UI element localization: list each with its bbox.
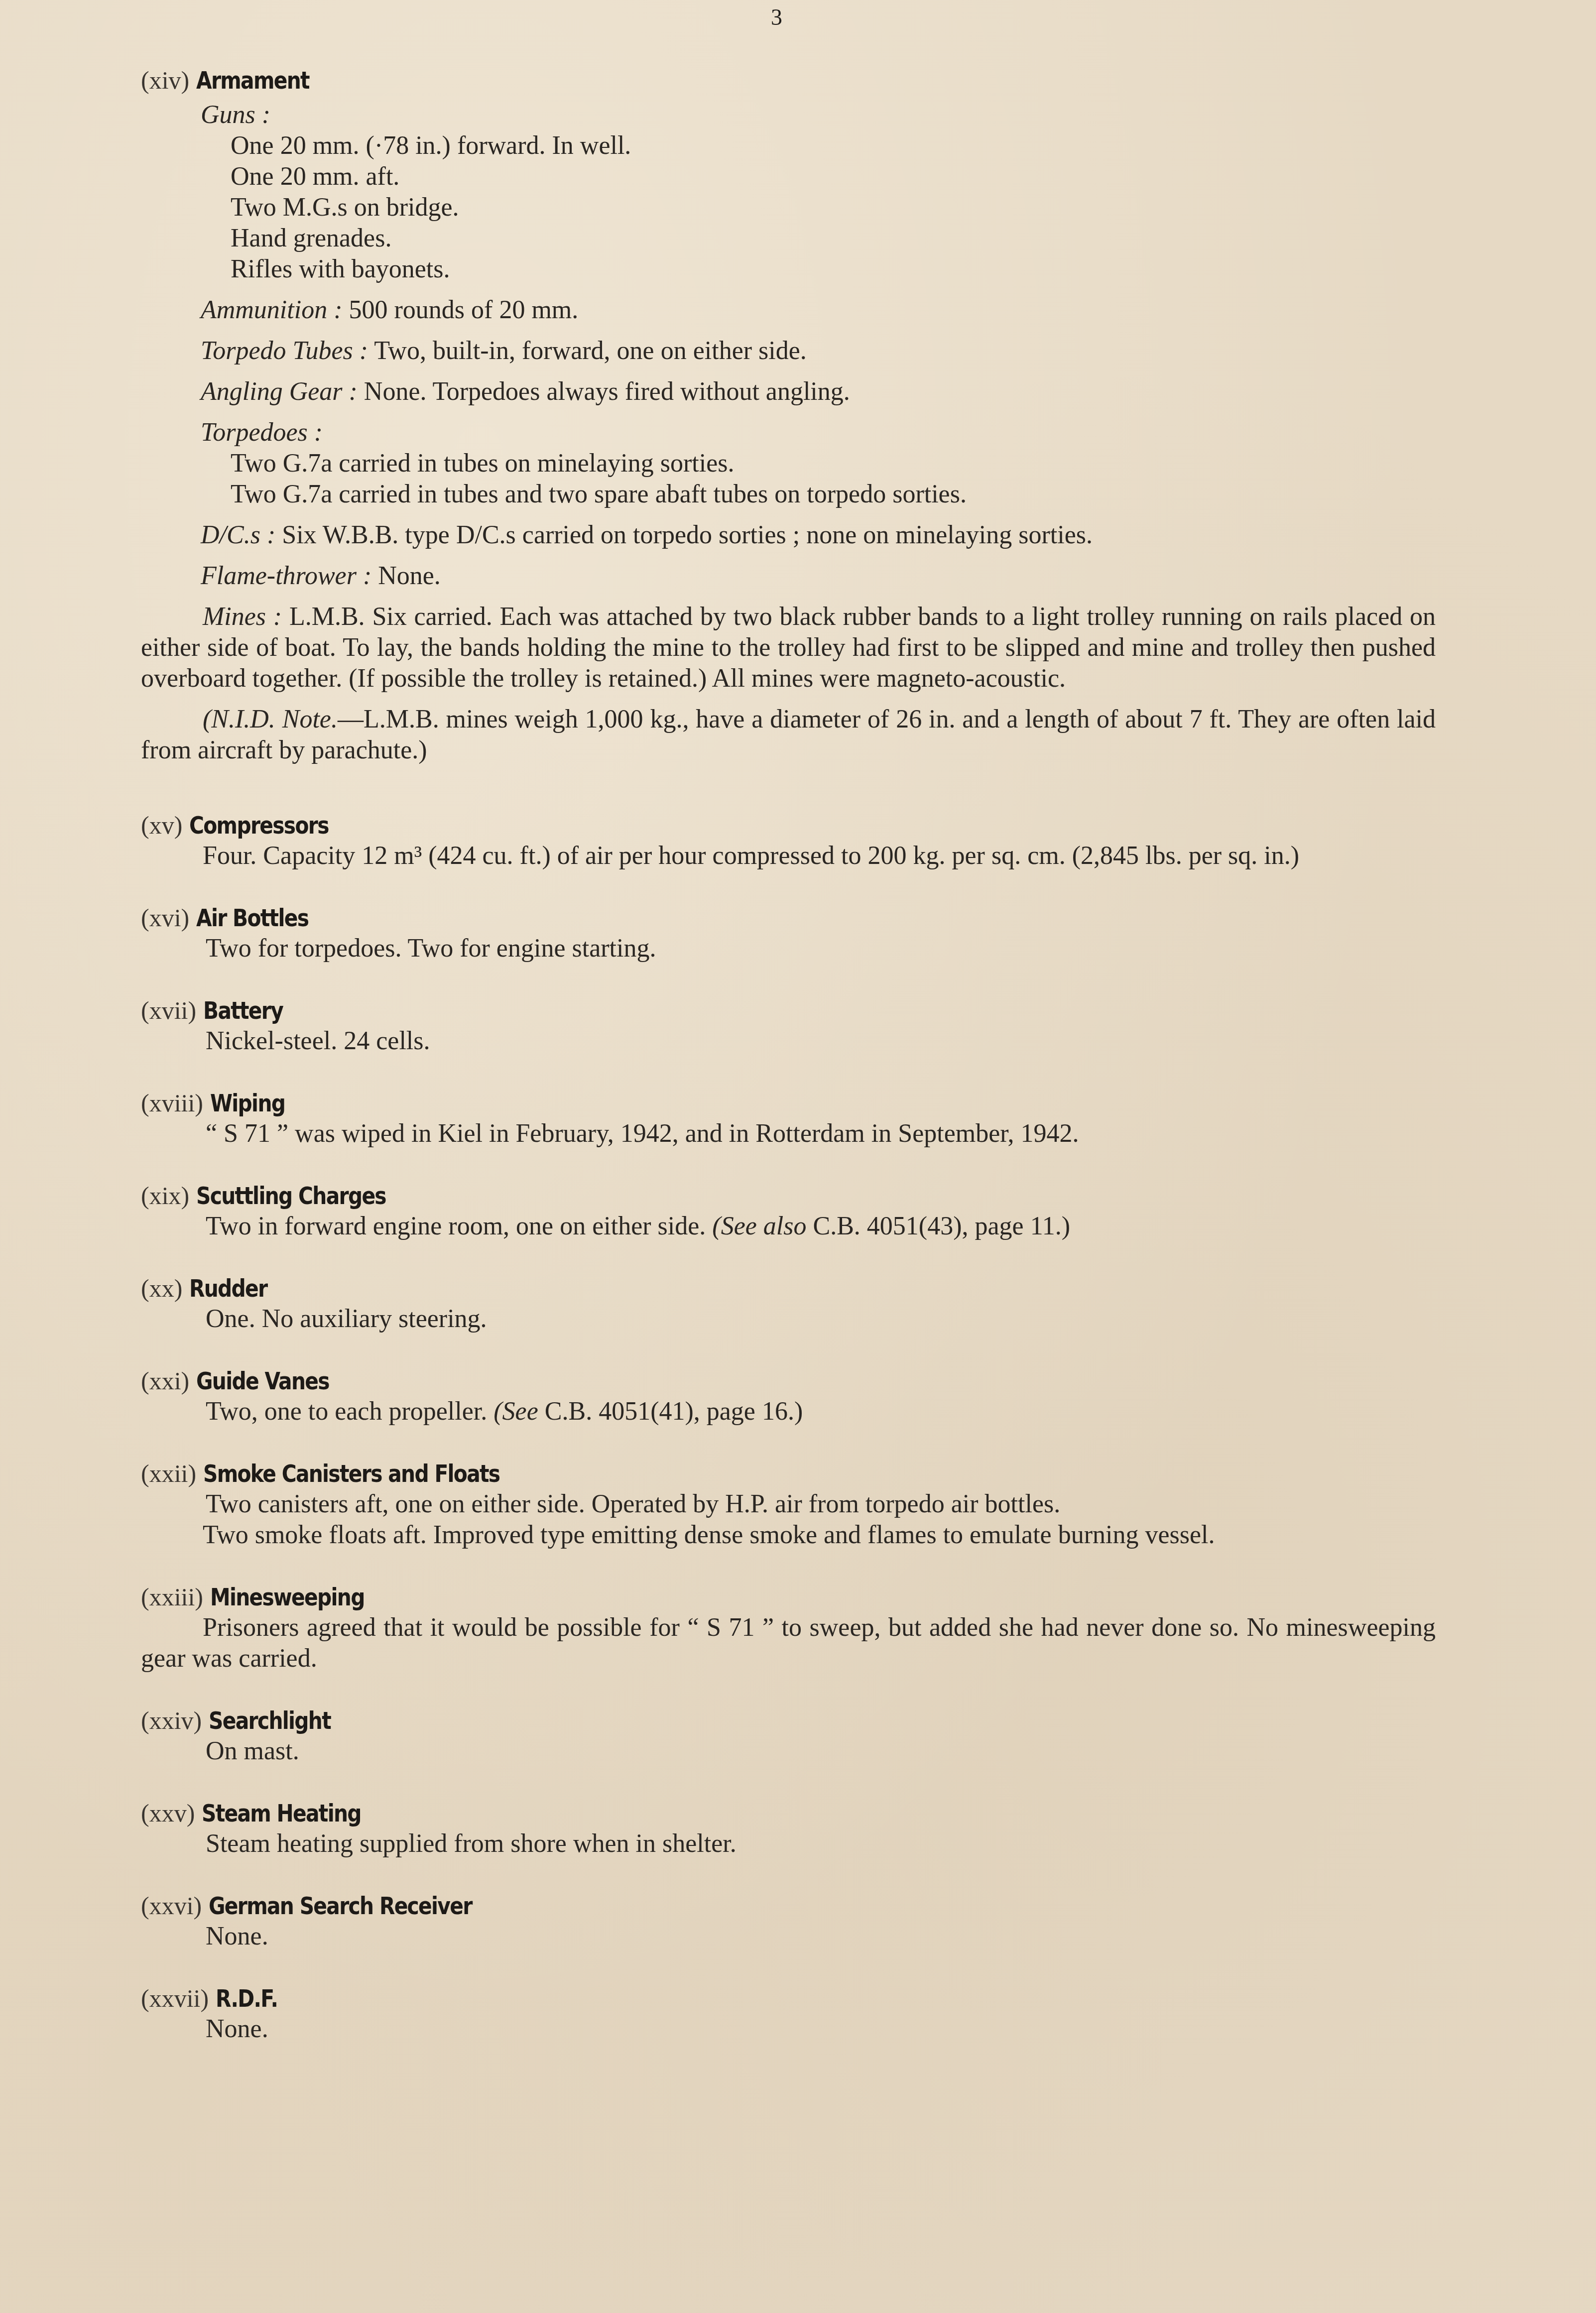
section-title: Compressors <box>189 810 329 841</box>
section-body: “ S 71 ” was wiped in Kiel in February, … <box>141 1118 1436 1149</box>
section-searchlight: (xxiv)Searchlight On mast. <box>141 1705 1436 1767</box>
section-number: (xiv) <box>141 66 189 94</box>
depth-charges-line: D/C.s : Six W.B.B. type D/C.s carried on… <box>141 520 1436 551</box>
section-minesweeping: (xxiii)Minesweeping Prisoners agreed tha… <box>141 1582 1436 1674</box>
torpedo-tubes-line: Torpedo Tubes : Two, built-in, forward, … <box>141 336 1436 366</box>
section-armament: (xiv)Armament Guns : One 20 mm. (·78 in.… <box>141 65 1436 766</box>
section-search-receiver: (xxvi)German Search Receiver None. <box>141 1890 1436 1952</box>
section-body: None. <box>141 2014 1436 2045</box>
section-body: On mast. <box>141 1736 1436 1767</box>
section-title: Battery <box>203 995 283 1026</box>
section-body: One. No auxiliary steering. <box>141 1304 1436 1335</box>
section-body: Four. Capacity 12 m³ (424 cu. ft.) of ai… <box>141 841 1436 871</box>
guns-block: Guns : One 20 mm. (·78 in.) forward. In … <box>141 100 1436 285</box>
section-rdf: (xxvii)R.D.F. None. <box>141 1983 1436 2045</box>
section-heading: (xiv)Armament <box>141 65 1436 96</box>
section-steam-heating: (xxv)Steam Heating Steam heating supplie… <box>141 1798 1436 1859</box>
guns-list: One 20 mm. (·78 in.) forward. In well. O… <box>201 130 1436 285</box>
page-number: 3 <box>771 4 782 30</box>
section-number: (xxiii) <box>141 1583 203 1611</box>
section-title: Guide Vanes <box>196 1366 329 1397</box>
section-body: Two, one to each propeller. (See C.B. 40… <box>141 1396 1436 1427</box>
section-number: (xxvii) <box>141 1984 209 2012</box>
section-number: (xxii) <box>141 1460 196 1487</box>
section-scuttling-charges: (xix)Scuttling Charges Two in forward en… <box>141 1180 1436 1242</box>
section-body: Steam heating supplied from shore when i… <box>141 1828 1436 1859</box>
section-smoke-canisters: (xxii)Smoke Canisters and Floats Two can… <box>141 1458 1436 1551</box>
section-title: Rudder <box>189 1273 267 1304</box>
section-number: (xv) <box>141 811 182 839</box>
section-title: Armament <box>196 65 309 96</box>
section-wiping: (xviii)Wiping “ S 71 ” was wiped in Kiel… <box>141 1088 1436 1149</box>
section-title: Minesweeping <box>210 1582 365 1613</box>
section-title: R.D.F. <box>216 1983 277 2014</box>
section-number: (xx) <box>141 1274 182 1302</box>
torpedoes-block: Torpedoes : Two G.7a carried in tubes on… <box>141 417 1436 510</box>
list-item: Hand grenades. <box>231 223 1436 254</box>
ammunition-line: Ammunition : 500 rounds of 20 mm. <box>141 295 1436 326</box>
list-item: Two G.7a carried in tubes on minelaying … <box>231 448 1436 479</box>
section-body: Prisoners agreed that it would be possib… <box>141 1612 1436 1674</box>
section-title: Steam Heating <box>202 1798 361 1829</box>
section-title: Scuttling Charges <box>196 1181 386 1212</box>
section-body: Two canisters aft, one on either side. O… <box>141 1489 1436 1520</box>
guns-label: Guns : <box>201 100 1436 130</box>
section-number: (xvi) <box>141 904 189 932</box>
list-item: One 20 mm. (·78 in.) forward. In well. <box>231 130 1436 161</box>
section-body: Two smoke floats aft. Improved type emit… <box>141 1520 1436 1551</box>
list-item: Two M.G.s on bridge. <box>231 192 1436 223</box>
section-number: (xxv) <box>141 1799 195 1827</box>
section-title: German Search Receiver <box>209 1891 472 1922</box>
section-title: Wiping <box>210 1088 285 1119</box>
section-number: (xxiv) <box>141 1706 202 1734</box>
section-number: (xxi) <box>141 1367 189 1395</box>
section-number: (xvii) <box>141 996 196 1024</box>
section-body: None. <box>141 1921 1436 1952</box>
document-body: (xiv)Armament Guns : One 20 mm. (·78 in.… <box>141 65 1436 2075</box>
section-title: Searchlight <box>209 1705 331 1736</box>
section-air-bottles: (xvi)Air Bottles Two for torpedoes. Two … <box>141 902 1436 964</box>
angling-gear-line: Angling Gear : None. Torpedoes always fi… <box>141 376 1436 407</box>
section-guide-vanes: (xxi)Guide Vanes Two, one to each propel… <box>141 1365 1436 1427</box>
mines-paragraph: Mines : L.M.B. Six carried. Each was att… <box>141 602 1436 694</box>
section-rudder: (xx)Rudder One. No auxiliary steering. <box>141 1273 1436 1335</box>
section-compressors: (xv)Compressors Four. Capacity 12 m³ (42… <box>141 810 1436 871</box>
section-title: Air Bottles <box>196 903 308 934</box>
section-number: (xviii) <box>141 1089 203 1117</box>
section-title: Smoke Canisters and Floats <box>203 1459 499 1489</box>
section-body: Two in forward engine room, one on eithe… <box>141 1211 1436 1242</box>
list-item: Rifles with bayonets. <box>231 254 1436 285</box>
flame-thrower-line: Flame-thrower : None. <box>141 561 1436 592</box>
nid-note-paragraph: (N.I.D. Note.—L.M.B. mines weigh 1,000 k… <box>141 704 1436 766</box>
torpedoes-list: Two G.7a carried in tubes on minelaying … <box>201 448 1436 510</box>
list-item: Two G.7a carried in tubes and two spare … <box>231 479 1436 510</box>
list-item: One 20 mm. aft. <box>231 161 1436 192</box>
section-number: (xix) <box>141 1182 189 1210</box>
section-body: Nickel-steel. 24 cells. <box>141 1026 1436 1057</box>
section-number: (xxvi) <box>141 1892 202 1920</box>
section-body: Two for torpedoes. Two for engine starti… <box>141 933 1436 964</box>
section-battery: (xvii)Battery Nickel-steel. 24 cells. <box>141 995 1436 1057</box>
